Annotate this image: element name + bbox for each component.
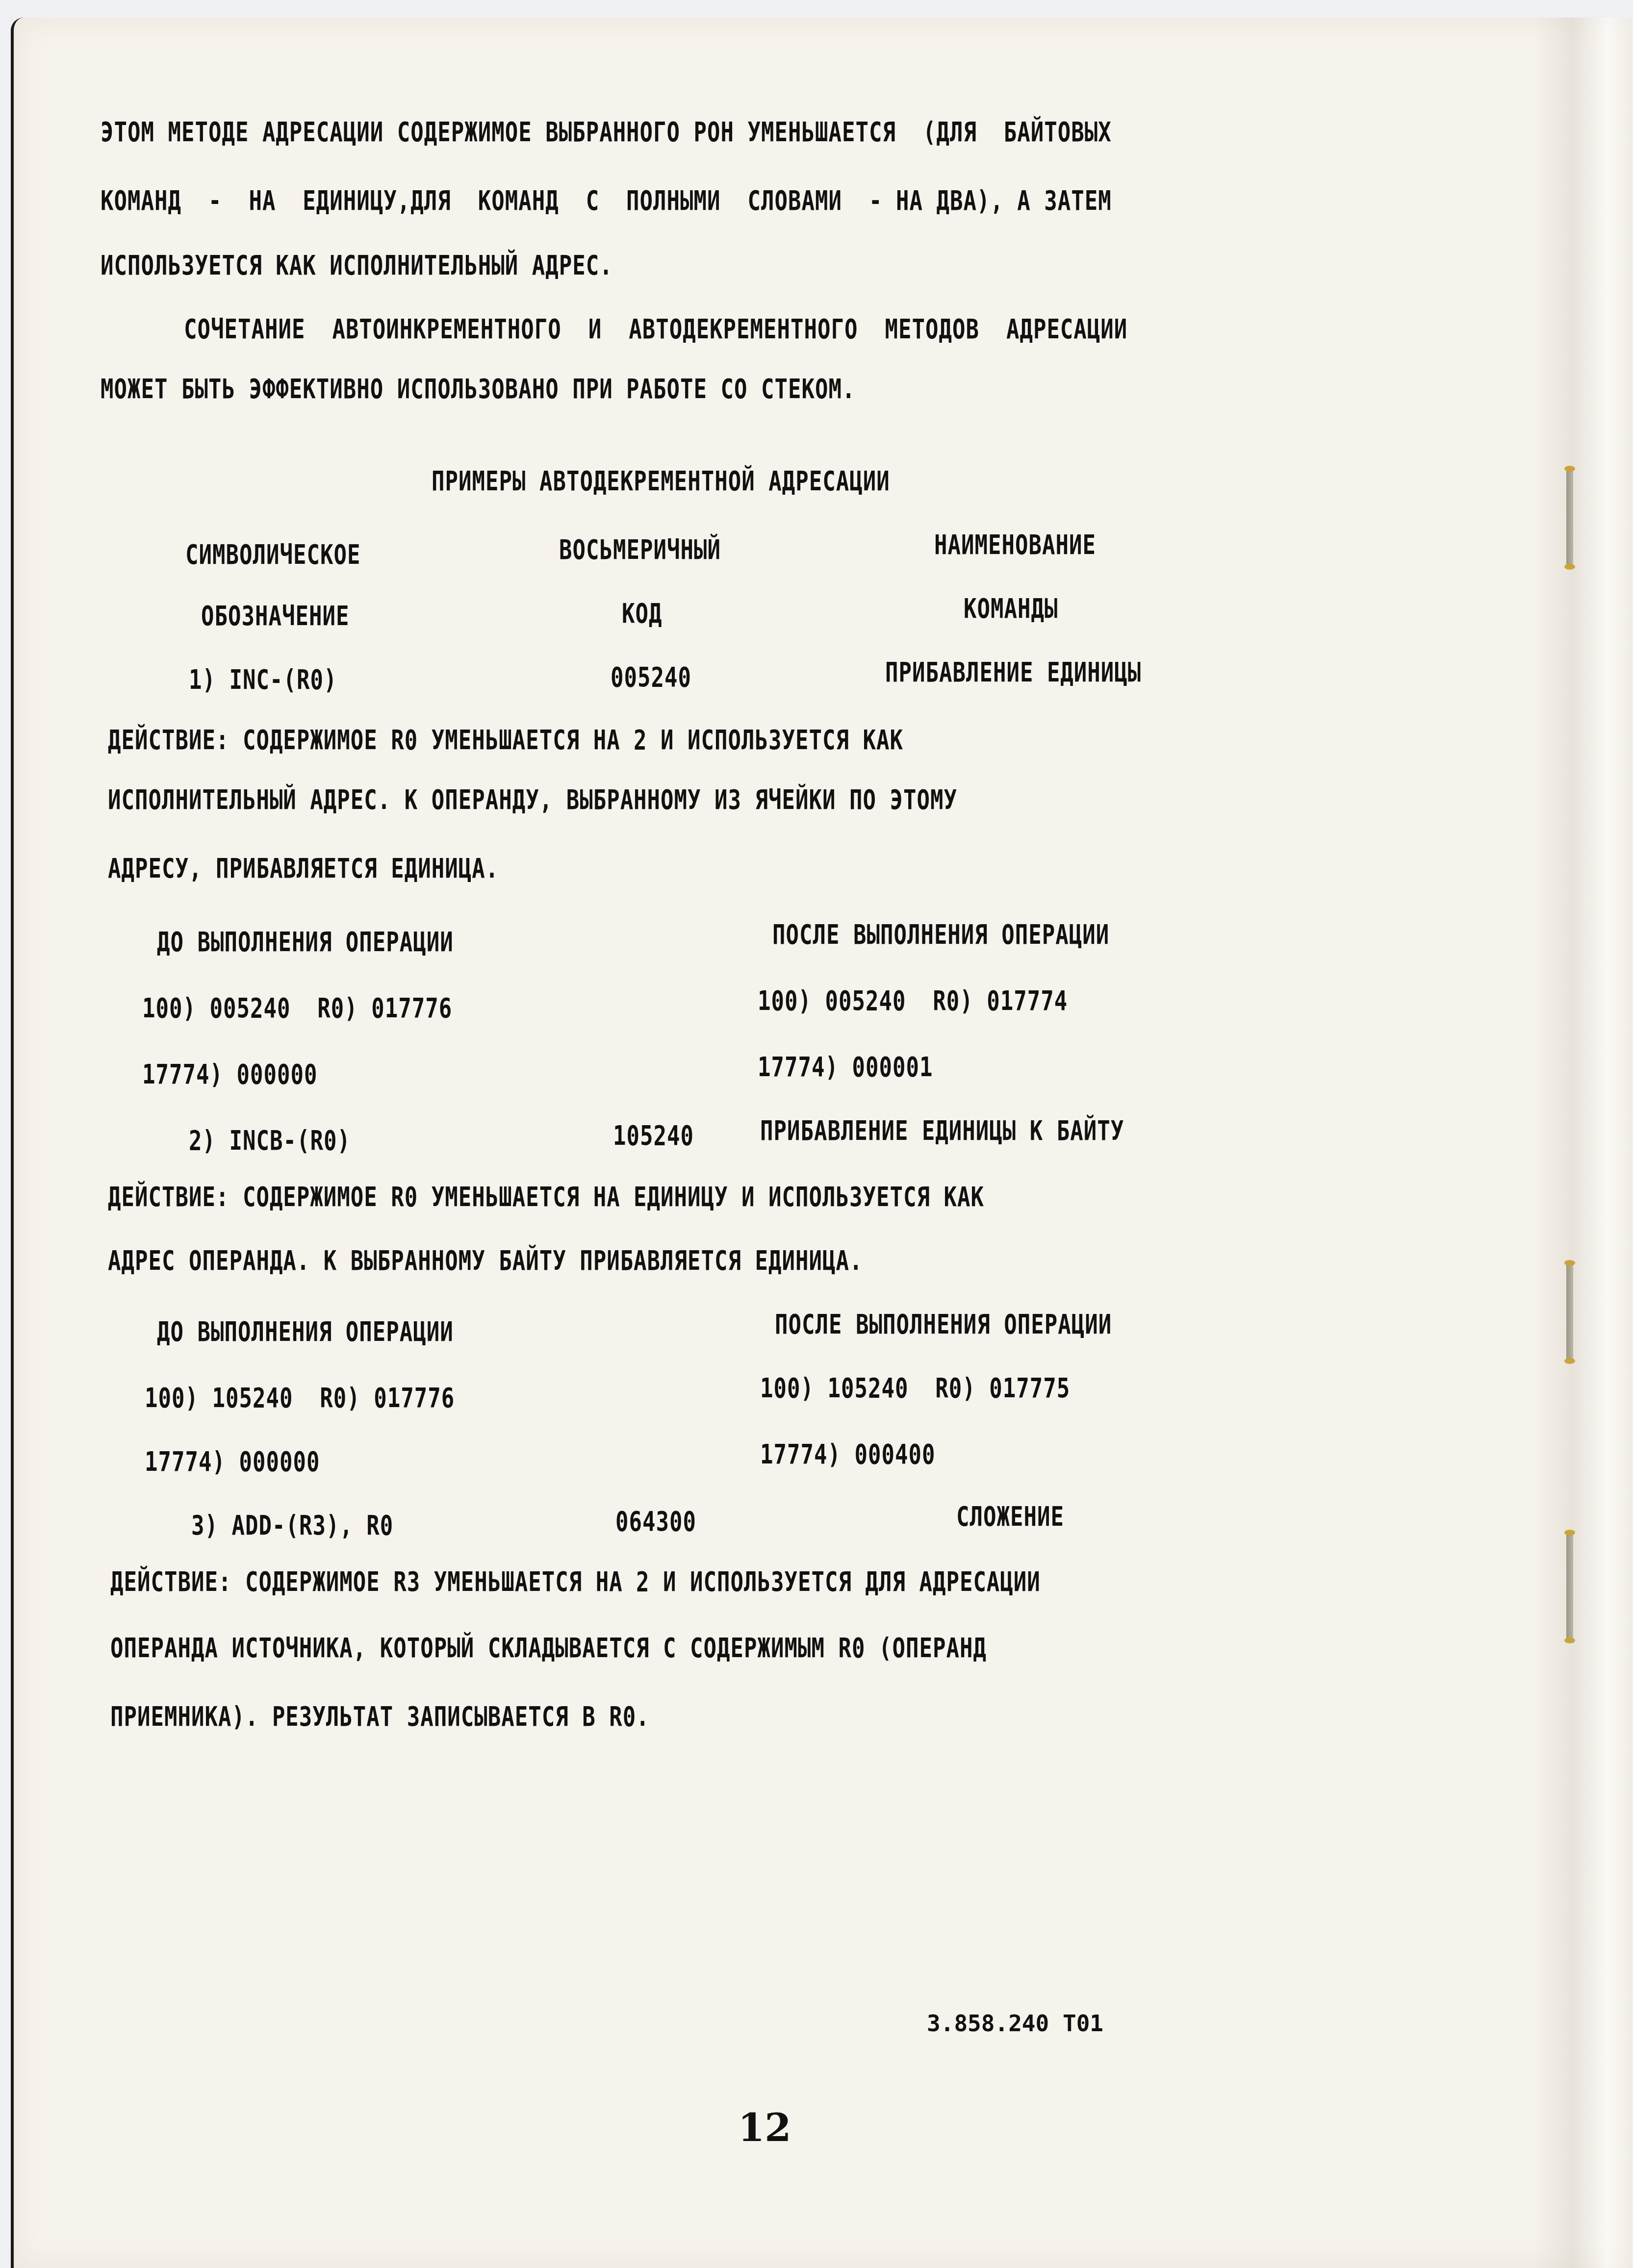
example-symbolic: 1) INC-(R0) xyxy=(189,664,337,696)
example-octal: 105240 xyxy=(613,1120,694,1152)
section-title: ПРИМЕРЫ АВТОДЕКРЕМЕНТНОЙ АДРЕСАЦИИ xyxy=(432,466,890,497)
memory-after: 17774) 000001 xyxy=(758,1052,933,1083)
header-octal: ВОСЬМЕРИЧНЫЙ xyxy=(559,534,721,566)
header-octal: КОД xyxy=(622,598,662,630)
action-line: АДРЕСУ, ПРИБАВЛЯЕТСЯ ЕДИНИЦА. xyxy=(108,853,499,884)
header-symbolic: ОБОЗНАЧЕНИЕ xyxy=(201,601,349,632)
example-name: СЛОЖЕНИЕ xyxy=(956,1501,1064,1533)
example-octal: 005240 xyxy=(611,662,691,693)
memory-before: 100) 005240 R0) 017776 xyxy=(142,993,452,1024)
before-label: ДО ВЫПОЛНЕНИЯ ОПЕРАЦИИ xyxy=(157,1316,454,1348)
memory-before: 100) 105240 R0) 017776 xyxy=(145,1383,455,1414)
after-label: ПОСЛЕ ВЫПОЛНЕНИЯ ОПЕРАЦИИ xyxy=(775,1309,1112,1340)
paragraph-line: ЭТОМ МЕТОДЕ АДРЕСАЦИИ СОДЕРЖИМОЕ ВЫБРАНН… xyxy=(101,117,1112,148)
paragraph-line: ИСПОЛЬЗУЕТСЯ КАК ИСПОЛНИТЕЛЬНЫЙ АДРЕС. xyxy=(101,250,613,281)
staple-icon xyxy=(1566,1263,1573,1361)
memory-after: 17774) 000400 xyxy=(760,1439,935,1470)
memory-after: 100) 105240 R0) 017775 xyxy=(760,1373,1070,1404)
header-name: КОМАНДЫ xyxy=(964,593,1058,625)
after-label: ПОСЛЕ ВЫПОЛНЕНИЯ ОПЕРАЦИИ xyxy=(772,919,1109,951)
page-number: 12 xyxy=(738,2106,791,2150)
memory-before: 17774) 000000 xyxy=(145,1446,320,1478)
paragraph-line: КОМАНД - НА ЕДИНИЦУ,ДЛЯ КОМАНД С ПОЛНЫМИ… xyxy=(101,185,1112,217)
example-octal: 064300 xyxy=(615,1506,696,1537)
staple-icon xyxy=(1566,469,1573,567)
example-symbolic: 2) INCB-(R0) xyxy=(189,1125,351,1157)
binding-edge xyxy=(1534,18,1632,2268)
action-line: ИСПОЛНИТЕЛЬНЫЙ АДРЕС. К ОПЕРАНДУ, ВЫБРАН… xyxy=(108,784,957,816)
action-line: ДЕЙСТВИЕ: СОДЕРЖИМОЕ R0 УМЕНЬШАЕТСЯ НА 2… xyxy=(108,725,903,756)
memory-before: 17774) 000000 xyxy=(142,1059,317,1090)
action-line: ПРИЕМНИКА). РЕЗУЛЬТАТ ЗАПИСЫВАЕТСЯ В R0. xyxy=(110,1701,650,1733)
before-label: ДО ВЫПОЛНЕНИЯ ОПЕРАЦИИ xyxy=(157,927,454,958)
action-line: ДЕЙСТВИЕ: СОДЕРЖИМОЕ R0 УМЕНЬШАЕТСЯ НА Е… xyxy=(108,1182,984,1213)
paragraph-line: СОЧЕТАНИЕ АВТОИНКРЕМЕНТНОГО И АВТОДЕКРЕМ… xyxy=(184,314,1127,345)
paragraph-line: МОЖЕТ БЫТЬ ЭФФЕКТИВНО ИСПОЛЬЗОВАНО ПРИ Р… xyxy=(101,374,855,405)
action-line: ОПЕРАНДА ИСТОЧНИКА, КОТОРЫЙ СКЛАДЫВАЕТСЯ… xyxy=(110,1633,987,1664)
staple-icon xyxy=(1566,1533,1573,1640)
memory-after: 100) 005240 R0) 017774 xyxy=(758,985,1068,1017)
action-line: ДЕЙСТВИЕ: СОДЕРЖИМОЕ R3 УМЕНЬШАЕТСЯ НА 2… xyxy=(110,1566,1041,1598)
example-name: ПРИБАВЛЕНИЕ ЕДИНИЦЫ xyxy=(885,657,1141,688)
document-code: 3.858.240 Т01 xyxy=(927,2010,1103,2037)
example-name: ПРИБАВЛЕНИЕ ЕДИНИЦЫ К БАЙТУ xyxy=(760,1115,1124,1147)
header-symbolic: СИМВОЛИЧЕСКОЕ xyxy=(185,539,360,571)
header-name: НАИМЕНОВАНИЕ xyxy=(934,529,1096,561)
example-symbolic: 3) ADD-(R3), R0 xyxy=(191,1510,393,1541)
action-line: АДРЕС ОПЕРАНДА. К ВЫБРАННОМУ БАЙТУ ПРИБА… xyxy=(108,1245,863,1277)
